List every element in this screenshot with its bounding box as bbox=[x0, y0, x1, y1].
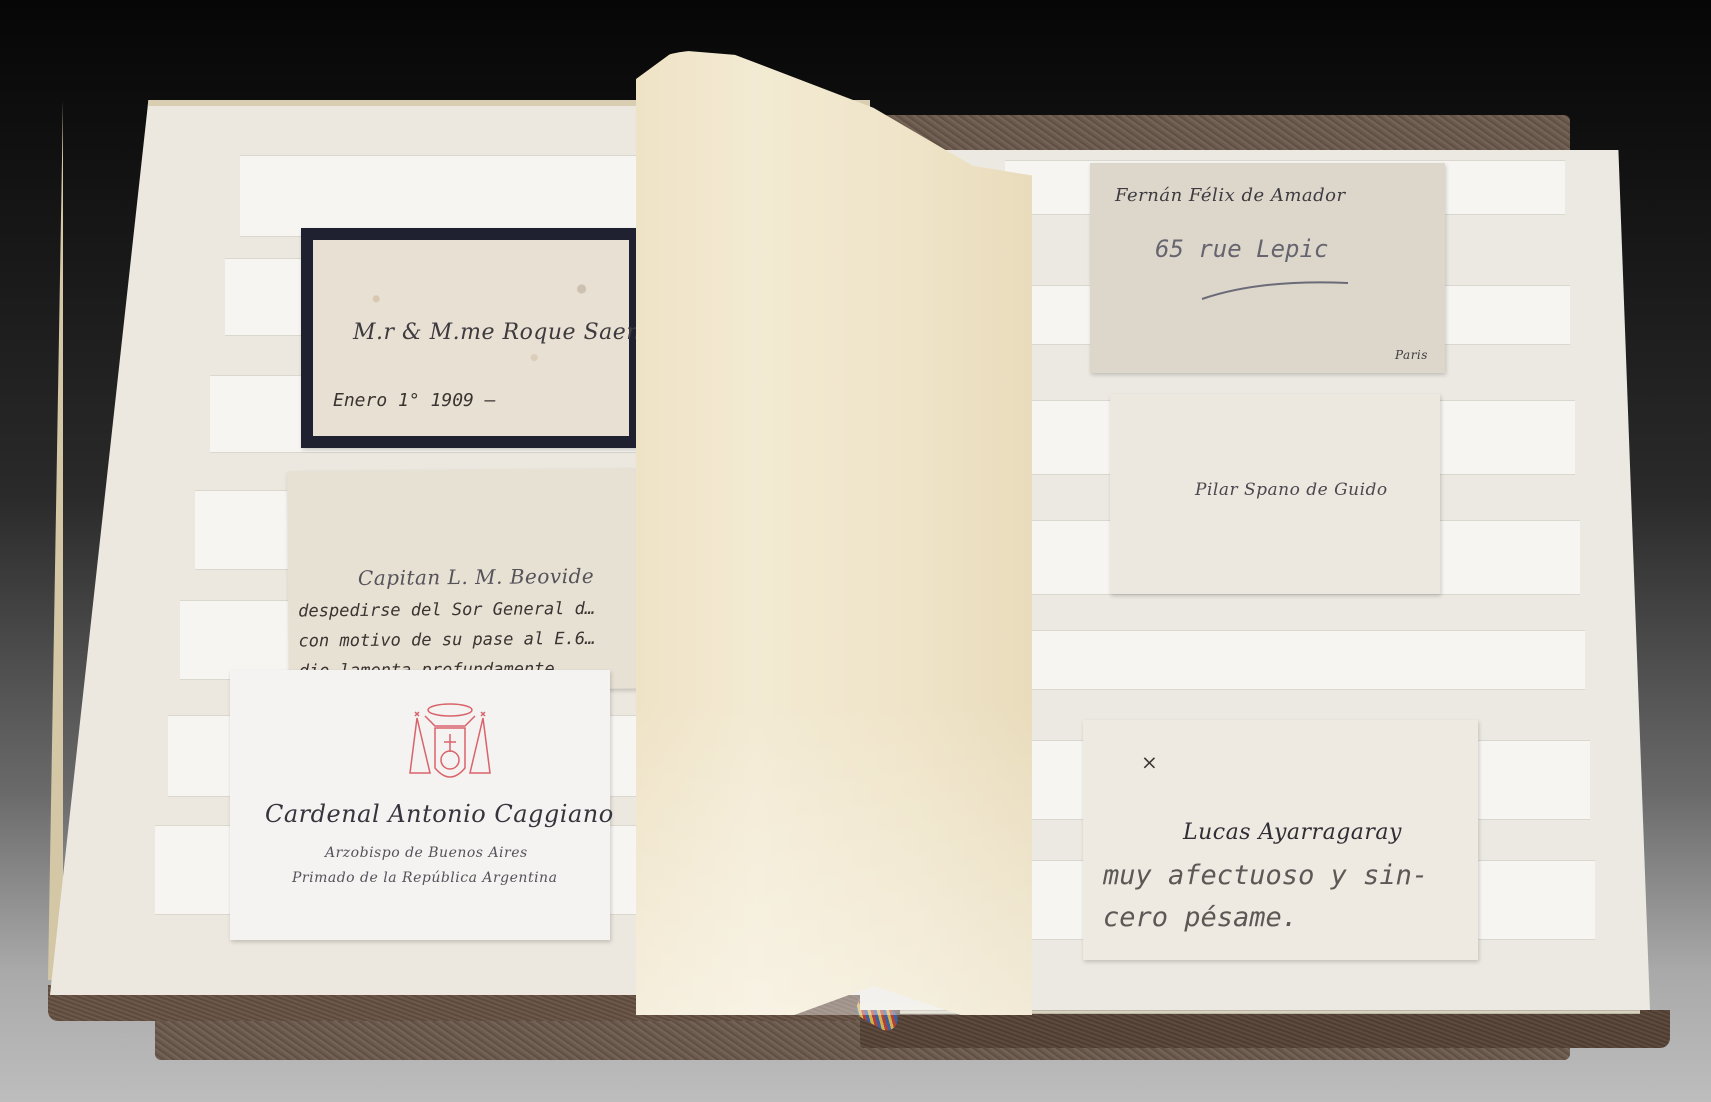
card-beovide: Capitan L. M. Beovide despedirse del Sor… bbox=[287, 468, 649, 691]
card-amador: Fernán Félix de Amador 65 rue Lepic Pari… bbox=[1090, 163, 1445, 373]
card-saenz-pena: M.r & M.me Roque Saenz Peña Enero 1° 190… bbox=[301, 228, 641, 448]
card-mark: × bbox=[1141, 750, 1158, 774]
card-pilar: Pilar Spano de Guido bbox=[1110, 394, 1440, 594]
tissue-interleaf bbox=[636, 50, 1032, 1015]
card-printed-name: Cardenal Antonio Caggiano bbox=[265, 800, 614, 828]
card-city: Paris bbox=[1395, 348, 1428, 362]
album-cover-lower-right bbox=[860, 1010, 1670, 1048]
card-saenz-pena-face: M.r & M.me Roque Saenz Peña Enero 1° 190… bbox=[313, 240, 629, 436]
left-page-edge bbox=[48, 100, 63, 980]
mount-strip bbox=[1005, 630, 1585, 690]
card-cardinal: Cardenal Antonio Caggiano Arzobispo de B… bbox=[230, 670, 610, 940]
card-handwritten-line: con motivo de su pase al E.6… bbox=[298, 629, 595, 652]
card-title-line: Arzobispo de Buenos Aires bbox=[325, 845, 528, 861]
card-handwritten-date: Enero 1° 1909 – bbox=[333, 390, 496, 411]
card-printed-name: Lucas Ayarragaray bbox=[1183, 820, 1402, 845]
card-printed-name: Pilar Spano de Guido bbox=[1195, 480, 1388, 500]
card-handwritten-line: muy afectuoso y sin- bbox=[1103, 860, 1428, 891]
card-printed-name: Fernán Félix de Amador bbox=[1115, 185, 1346, 206]
coat-of-arms-icon bbox=[405, 698, 495, 793]
card-handwritten-line: cero pésame. bbox=[1103, 902, 1298, 933]
card-title-line: Primado de la República Argentina bbox=[292, 870, 557, 886]
underline-stroke-icon bbox=[1200, 273, 1350, 303]
mount-strip bbox=[240, 155, 660, 237]
card-printed-name: Capitan L. M. Beovide bbox=[358, 564, 594, 590]
card-handwritten-address: 65 rue Lepic bbox=[1155, 235, 1328, 263]
card-ayarragaray: × Lucas Ayarragaray muy afectuoso y sin-… bbox=[1083, 720, 1478, 960]
card-handwritten-line: despedirse del Sor General d… bbox=[298, 599, 595, 622]
